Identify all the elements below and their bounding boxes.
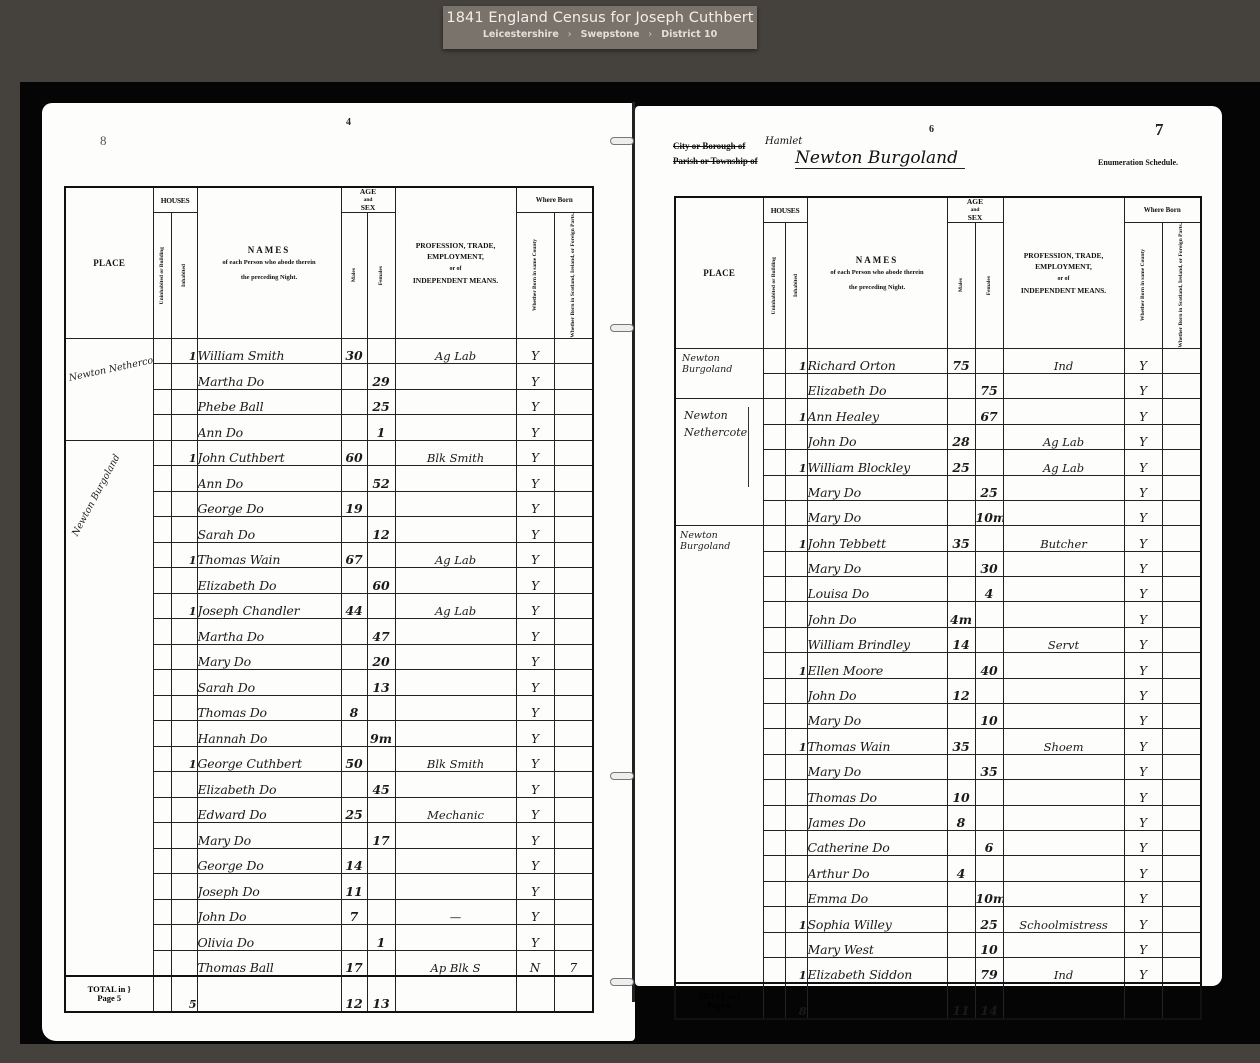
- uninhabited-cell: [763, 500, 785, 525]
- occupation: [1003, 500, 1124, 525]
- folio-mark: 8: [100, 133, 107, 149]
- breadcrumb-parish[interactable]: Swepstone: [581, 29, 640, 40]
- header-where-born: Where Born: [516, 187, 593, 213]
- inhabited-cell: 1: [785, 729, 807, 754]
- person-name: Martha Do: [197, 619, 341, 645]
- born-same-county: Y: [1124, 577, 1162, 602]
- person-name: George Do: [197, 491, 341, 517]
- occupation: Ag Lab: [1003, 424, 1124, 449]
- age-female: 4: [975, 577, 1003, 602]
- person-name: John Do: [197, 899, 341, 925]
- born-foreign-parts: [554, 823, 593, 849]
- person-name: Mary Do: [807, 704, 947, 729]
- person-name: Sophia Willey: [807, 907, 947, 932]
- person-name: Ellen Moore: [807, 653, 947, 678]
- age-male: 35: [947, 526, 975, 551]
- age-male: 4: [947, 856, 975, 881]
- header-age-sex: AGE and SEX: [341, 187, 395, 213]
- uninhabited-cell: [153, 568, 171, 594]
- person-name: Martha Do: [197, 364, 341, 390]
- occupation: [395, 568, 516, 594]
- uninhabited-cell: [153, 644, 171, 670]
- born-foreign-parts: [554, 491, 593, 517]
- total-label: TOTAL in }Page 6: [675, 983, 763, 1019]
- inhabited-cell: [171, 389, 197, 415]
- person-name: Richard Orton: [807, 348, 947, 373]
- header-same-county: Whether Born in same County: [516, 213, 554, 339]
- born-foreign-parts: [554, 364, 593, 390]
- born-same-county: Y: [1124, 627, 1162, 652]
- person-name: Ann Do: [197, 466, 341, 492]
- breadcrumb-district[interactable]: District 10: [661, 29, 717, 40]
- occupation: [395, 848, 516, 874]
- born-foreign-parts: [1162, 881, 1201, 906]
- city-borough-label: City or Borough of: [673, 141, 745, 151]
- person-name: Mary Do: [807, 754, 947, 779]
- age-male: [341, 721, 367, 747]
- occupation: [395, 415, 516, 441]
- born-same-county: Y: [1124, 475, 1162, 500]
- uninhabited-cell: [153, 848, 171, 874]
- age-female: [975, 856, 1003, 881]
- person-name: Mary Do: [807, 551, 947, 576]
- uninhabited-cell: [153, 517, 171, 543]
- person-name: Ann Do: [197, 415, 341, 441]
- person-name: Elizabeth Do: [197, 772, 341, 798]
- occupation: [1003, 932, 1124, 957]
- born-foreign-parts: [1162, 729, 1201, 754]
- age-male: [947, 957, 975, 982]
- person-name: Elizabeth Do: [197, 568, 341, 594]
- hamlet-insert: Hamlet: [765, 136, 802, 147]
- inhabited-cell: [785, 475, 807, 500]
- age-male: [947, 932, 975, 957]
- uninhabited-cell: [153, 542, 171, 568]
- inhabited-cell: [171, 415, 197, 441]
- born-same-county: Y: [1124, 754, 1162, 779]
- inhabited-cell: 1: [785, 907, 807, 932]
- person-name: Emma Do: [807, 881, 947, 906]
- occupation: [1003, 653, 1124, 678]
- age-female: 52: [367, 466, 395, 492]
- born-foreign-parts: [554, 415, 593, 441]
- breadcrumb-county[interactable]: Leicestershire: [483, 29, 559, 40]
- total-males: 11: [947, 983, 975, 1019]
- census-row: Newton Burgoland1John Cuthbert60Blk Smit…: [65, 440, 593, 466]
- age-male: [947, 551, 975, 576]
- binding-ring: [610, 772, 634, 780]
- age-female: [975, 678, 1003, 703]
- inhabited-cell: [171, 772, 197, 798]
- place-name: Newton Nethercote: [68, 353, 153, 384]
- born-foreign-parts: [1162, 500, 1201, 525]
- person-name: Ann Healey: [807, 399, 947, 424]
- total-born: [516, 976, 554, 1012]
- person-name: Thomas Do: [197, 695, 341, 721]
- born-same-county: Y: [516, 925, 554, 951]
- born-same-county: Y: [1124, 348, 1162, 373]
- enumeration-schedule-label: Enumeration Schedule.: [1098, 158, 1178, 167]
- person-name: Mary Do: [197, 823, 341, 849]
- age-female: [367, 797, 395, 823]
- age-male: [947, 881, 975, 906]
- occupation: [395, 721, 516, 747]
- person-name: Mary West: [807, 932, 947, 957]
- header-names: NAMES of each Person who abode therein t…: [807, 197, 947, 348]
- inhabited-cell: [785, 551, 807, 576]
- age-female: [367, 593, 395, 619]
- born-foreign-parts: [554, 925, 593, 951]
- born-foreign-parts: [1162, 754, 1201, 779]
- person-name: George Do: [197, 848, 341, 874]
- born-same-county: Y: [516, 874, 554, 900]
- age-female: [975, 424, 1003, 449]
- age-female: [367, 440, 395, 466]
- binding-ring: [610, 137, 634, 145]
- header-houses: HOUSES: [153, 187, 197, 213]
- inhabited-cell: 1: [785, 450, 807, 475]
- inhabited-cell: 1: [171, 542, 197, 568]
- age-female: 45: [367, 772, 395, 798]
- age-female: [367, 848, 395, 874]
- age-male: 7: [341, 899, 367, 925]
- uninhabited-cell: [153, 925, 171, 951]
- total-born: [1124, 983, 1162, 1019]
- age-female: 6: [975, 831, 1003, 856]
- uninhabited-cell: [763, 932, 785, 957]
- header-place: PLACE: [65, 187, 153, 338]
- uninhabited-cell: [153, 619, 171, 645]
- age-female: 9m: [367, 721, 395, 747]
- header-profession: PROFESSION, TRADE, EMPLOYMENT, or of IND…: [395, 187, 516, 338]
- occupation: [1003, 704, 1124, 729]
- header-uninhabited: Uninhabited or Building: [153, 213, 171, 339]
- uninhabited-cell: [153, 950, 171, 976]
- census-row: Newton Burgoland1Richard Orton75IndY: [675, 348, 1201, 373]
- person-name: William Smith: [197, 338, 341, 364]
- person-name: Louisa Do: [807, 577, 947, 602]
- age-male: [341, 517, 367, 543]
- born-same-county: Y: [1124, 805, 1162, 830]
- age-female: [975, 729, 1003, 754]
- inhabited-cell: 1: [171, 746, 197, 772]
- uninhabited-cell: [763, 399, 785, 424]
- header-uninhabited: Uninhabited or Building: [763, 223, 785, 349]
- occupation: [395, 772, 516, 798]
- occupation: [395, 874, 516, 900]
- age-female: 10m: [975, 881, 1003, 906]
- born-same-county: Y: [516, 542, 554, 568]
- total-names: [197, 976, 341, 1012]
- inhabited-cell: [171, 848, 197, 874]
- born-foreign-parts: [1162, 627, 1201, 652]
- age-female: 25: [975, 907, 1003, 932]
- age-female: 60: [367, 568, 395, 594]
- uninhabited-cell: [153, 593, 171, 619]
- occupation: [1003, 805, 1124, 830]
- census-row: Newton Nethercote1William Smith30Ag LabY: [65, 338, 593, 364]
- age-female: [975, 602, 1003, 627]
- occupation: [395, 644, 516, 670]
- occupation: [1003, 780, 1124, 805]
- born-same-county: Y: [1124, 450, 1162, 475]
- uninhabited-cell: [763, 627, 785, 652]
- born-foreign-parts: [1162, 932, 1201, 957]
- page-number-left: 6: [929, 124, 934, 135]
- age-male: 44: [341, 593, 367, 619]
- born-foreign-parts: [554, 899, 593, 925]
- occupation: [1003, 831, 1124, 856]
- uninhabited-cell: [153, 415, 171, 441]
- uninhabited-cell: [763, 526, 785, 551]
- person-name: Elizabeth Siddon: [807, 957, 947, 982]
- age-male: 8: [947, 805, 975, 830]
- born-foreign-parts: [1162, 907, 1201, 932]
- born-same-county: Y: [516, 517, 554, 543]
- age-male: 28: [947, 424, 975, 449]
- inhabited-cell: 1: [171, 338, 197, 364]
- breadcrumb-separator: ›: [648, 29, 652, 40]
- born-foreign-parts: 7: [554, 950, 593, 976]
- born-foreign-parts: [1162, 780, 1201, 805]
- inhabited-cell: 1: [785, 653, 807, 678]
- born-foreign-parts: [554, 619, 593, 645]
- occupation: [1003, 399, 1124, 424]
- age-male: [947, 475, 975, 500]
- age-female: [367, 491, 395, 517]
- age-male: [947, 373, 975, 398]
- age-male: 10: [947, 780, 975, 805]
- place-cell: Newton Burgoland: [675, 526, 763, 983]
- age-male: [341, 389, 367, 415]
- age-female: 47: [367, 619, 395, 645]
- born-foreign-parts: [1162, 577, 1201, 602]
- age-female: 25: [367, 389, 395, 415]
- header-where-born: Where Born: [1124, 197, 1201, 223]
- age-female: [367, 542, 395, 568]
- uninhabited-cell: [763, 551, 785, 576]
- inhabited-cell: [785, 373, 807, 398]
- total-names: [807, 983, 947, 1019]
- title-banner: 1841 England Census for Joseph Cuthbert …: [443, 6, 757, 49]
- occupation: [395, 925, 516, 951]
- born-same-county: Y: [516, 364, 554, 390]
- inhabited-cell: [785, 424, 807, 449]
- occupation: Schoolmistress: [1003, 907, 1124, 932]
- age-male: 19: [341, 491, 367, 517]
- age-female: 35: [975, 754, 1003, 779]
- inhabited-cell: [171, 364, 197, 390]
- age-male: 67: [341, 542, 367, 568]
- header-houses: HOUSES: [763, 197, 807, 223]
- age-male: 25: [341, 797, 367, 823]
- born-same-county: Y: [1124, 729, 1162, 754]
- born-same-county: Y: [516, 670, 554, 696]
- born-foreign-parts: [554, 746, 593, 772]
- born-same-county: Y: [1124, 907, 1162, 932]
- age-male: 30: [341, 338, 367, 364]
- age-female: 75: [975, 373, 1003, 398]
- inhabited-cell: 1: [171, 593, 197, 619]
- occupation: [395, 823, 516, 849]
- born-same-county: Y: [1124, 881, 1162, 906]
- person-name: John Do: [807, 678, 947, 703]
- inhabited-cell: [171, 670, 197, 696]
- person-name: Sarah Do: [197, 670, 341, 696]
- inhabited-cell: [171, 721, 197, 747]
- occupation: Ag Lab: [395, 593, 516, 619]
- age-male: [341, 415, 367, 441]
- total-foreign: [1162, 983, 1201, 1019]
- inhabited-cell: [171, 823, 197, 849]
- age-female: 25: [975, 475, 1003, 500]
- place-name: Newton Burgoland: [682, 353, 752, 375]
- census-row: Newton Nethercote1Ann Healey67Y: [675, 399, 1201, 424]
- occupation: [395, 389, 516, 415]
- age-male: [947, 399, 975, 424]
- born-same-county: Y: [1124, 831, 1162, 856]
- born-foreign-parts: [554, 721, 593, 747]
- age-female: [367, 695, 395, 721]
- born-same-county: Y: [516, 721, 554, 747]
- uninhabited-cell: [153, 491, 171, 517]
- uninhabited-cell: [763, 780, 785, 805]
- total-row: TOTAL in }Page 681114: [675, 983, 1201, 1019]
- born-foreign-parts: [1162, 551, 1201, 576]
- person-name: Thomas Wain: [197, 542, 341, 568]
- age-male: [341, 670, 367, 696]
- total-males: 12: [341, 976, 367, 1012]
- inhabited-cell: 1: [785, 526, 807, 551]
- place-name: Newton Burgoland: [680, 530, 763, 552]
- person-name: John Tebbett: [807, 526, 947, 551]
- occupation: Ap Blk S: [395, 950, 516, 976]
- occupation: Servt: [1003, 627, 1124, 652]
- born-same-county: Y: [516, 695, 554, 721]
- born-same-county: Y: [516, 619, 554, 645]
- inhabited-cell: [785, 627, 807, 652]
- age-female: [975, 627, 1003, 652]
- born-foreign-parts: [554, 695, 593, 721]
- occupation: —: [395, 899, 516, 925]
- occupation: Ag Lab: [1003, 450, 1124, 475]
- total-females: 13: [367, 976, 395, 1012]
- uninhabited-cell: [763, 856, 785, 881]
- uninhabited-cell: [763, 450, 785, 475]
- inhabited-cell: [171, 568, 197, 594]
- uninhabited-cell: [153, 670, 171, 696]
- place-cell: Newton Burgoland: [675, 348, 763, 399]
- born-foreign-parts: [1162, 653, 1201, 678]
- header-females: Females: [975, 223, 1003, 349]
- page-number: 4: [346, 117, 351, 128]
- breadcrumb-separator: ›: [568, 29, 572, 40]
- occupation: [1003, 475, 1124, 500]
- occupation: [1003, 881, 1124, 906]
- uninhabited-cell: [763, 907, 785, 932]
- header-foreign-parts: Whether Born in Scotland, Ireland, or Fo…: [1162, 223, 1201, 349]
- age-male: [341, 568, 367, 594]
- person-name: Thomas Do: [807, 780, 947, 805]
- page-number-right: 7: [1155, 120, 1164, 140]
- inhabited-cell: 1: [171, 440, 197, 466]
- person-name: Mary Do: [197, 644, 341, 670]
- total-uninhabited: [763, 983, 785, 1019]
- born-foreign-parts: [1162, 526, 1201, 551]
- born-same-county: Y: [516, 746, 554, 772]
- person-name: William Brindley: [807, 627, 947, 652]
- born-foreign-parts: [1162, 348, 1201, 373]
- age-male: 12: [947, 678, 975, 703]
- age-male: 14: [947, 627, 975, 652]
- born-same-county: Y: [516, 899, 554, 925]
- total-foreign: [554, 976, 593, 1012]
- header-profession: PROFESSION, TRADE, EMPLOYMENT, or of IND…: [1003, 197, 1124, 348]
- age-male: 4m: [947, 602, 975, 627]
- uninhabited-cell: [153, 823, 171, 849]
- born-foreign-parts: [554, 389, 593, 415]
- age-female: [975, 526, 1003, 551]
- occupation: Blk Smith: [395, 746, 516, 772]
- born-same-county: Y: [516, 568, 554, 594]
- age-female: [975, 450, 1003, 475]
- born-foreign-parts: [1162, 602, 1201, 627]
- person-name: Thomas Ball: [197, 950, 341, 976]
- age-female: 20: [367, 644, 395, 670]
- born-same-county: Y: [1124, 526, 1162, 551]
- person-name: George Cuthbert: [197, 746, 341, 772]
- inhabited-cell: [171, 899, 197, 925]
- header-inhabited: Inhabited: [785, 223, 807, 349]
- occupation: [1003, 551, 1124, 576]
- uninhabited-cell: [763, 373, 785, 398]
- uninhabited-cell: [763, 577, 785, 602]
- born-same-county: Y: [1124, 399, 1162, 424]
- inhabited-cell: [171, 491, 197, 517]
- occupation: [395, 364, 516, 390]
- born-same-county: N: [516, 950, 554, 976]
- born-same-county: Y: [516, 440, 554, 466]
- age-male: [947, 500, 975, 525]
- parish-township-label: Parish or Township of: [673, 156, 758, 166]
- born-foreign-parts: [1162, 678, 1201, 703]
- inhabited-cell: [171, 925, 197, 951]
- inhabited-cell: [785, 805, 807, 830]
- age-female: 12: [367, 517, 395, 543]
- total-houses: 5: [171, 976, 197, 1012]
- person-name: Joseph Chandler: [197, 593, 341, 619]
- occupation: [395, 695, 516, 721]
- age-female: 1: [367, 925, 395, 951]
- occupation: [1003, 678, 1124, 703]
- born-same-county: Y: [1124, 373, 1162, 398]
- born-foreign-parts: [554, 772, 593, 798]
- person-name: William Blockley: [807, 450, 947, 475]
- born-same-county: Y: [1124, 500, 1162, 525]
- occupation: [1003, 577, 1124, 602]
- person-name: Mary Do: [807, 500, 947, 525]
- age-male: [947, 704, 975, 729]
- header-same-county: Whether Born in same County: [1124, 223, 1162, 349]
- occupation: [395, 619, 516, 645]
- age-male: [947, 831, 975, 856]
- inhabited-cell: [785, 577, 807, 602]
- total-females: 14: [975, 983, 1003, 1019]
- occupation: Ind: [1003, 348, 1124, 373]
- place-cell: Newton Nethercote: [675, 399, 763, 526]
- person-name: Catherine Do: [807, 831, 947, 856]
- born-foreign-parts: [1162, 399, 1201, 424]
